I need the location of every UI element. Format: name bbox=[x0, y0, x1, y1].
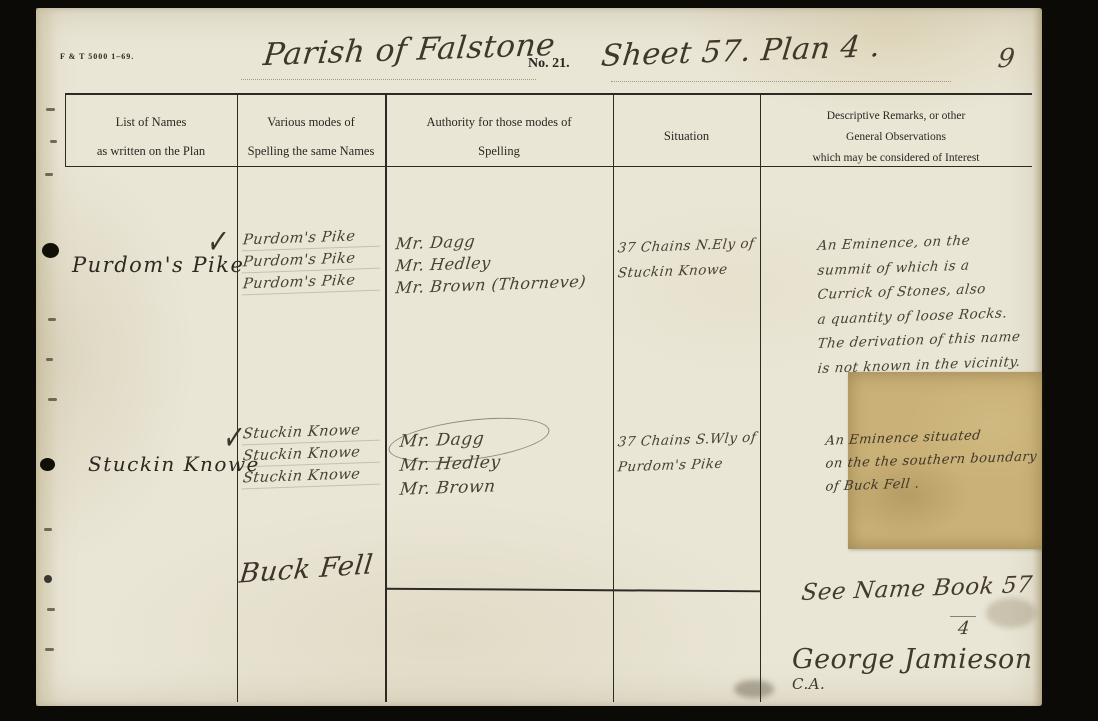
spelling-variant: Stuckin Knowe bbox=[242, 444, 383, 468]
spelling-variant: Purdom's Pike bbox=[242, 272, 383, 296]
authority-name: Mr. Hedley bbox=[399, 450, 502, 477]
name-entry: Buck Fell bbox=[238, 549, 375, 589]
header-dotted-line bbox=[241, 78, 536, 80]
edge-mark bbox=[44, 528, 52, 531]
edge-mark bbox=[45, 173, 53, 176]
edge-mark bbox=[48, 318, 56, 321]
column-header-authority: Authority for those modes of Spelling bbox=[385, 108, 613, 166]
spelling-variant: Stuckin Knowe bbox=[242, 422, 383, 446]
stain bbox=[986, 598, 1036, 628]
column-header-remarks: Descriptive Remarks, or other General Ob… bbox=[760, 106, 1032, 169]
spellings-cell: Purdom's Pike Purdom's Pike Purdom's Pik… bbox=[243, 230, 381, 296]
ink-smudge bbox=[734, 680, 774, 698]
binding-hole bbox=[40, 458, 55, 471]
scanned-name-book-page: { "header": { "form_code": "F & T 5000 1… bbox=[0, 0, 1098, 721]
column-header-line: which may be considered of Interest bbox=[760, 148, 1032, 169]
column-header-line: Authority for those modes of bbox=[385, 108, 613, 137]
remarks-cell: An Eminence, on the summit of which is a… bbox=[818, 230, 1042, 377]
situation-line: Stuckin Knowe bbox=[616, 257, 755, 287]
column-header-line: Spelling bbox=[385, 137, 613, 166]
table-top-rule bbox=[65, 93, 1032, 95]
column-divider bbox=[613, 93, 614, 702]
reference-note-sub: 4 bbox=[957, 618, 971, 639]
header-dotted-line bbox=[611, 80, 951, 82]
surveyor-signature: George Jamieson bbox=[792, 644, 1033, 675]
column-divider bbox=[760, 93, 761, 702]
document-page: F & T 5000 1–69. Parish of Falstone No. … bbox=[36, 8, 1042, 706]
situation-line: Purdom's Pike bbox=[616, 451, 757, 481]
name-entry: Stuckin Knowe bbox=[88, 452, 254, 476]
number-label: No. 21. bbox=[528, 56, 570, 72]
authorities-cell: Mr. Dagg Mr. Hedley Mr. Brown bbox=[400, 428, 500, 500]
authority-name: Mr. Dagg bbox=[399, 426, 502, 453]
column-header-line: Various modes of bbox=[237, 108, 385, 137]
signature-block: George Jamieson C.A. bbox=[792, 644, 1042, 694]
authorities-cell: Mr. Dagg Mr. Hedley Mr. Brown (Thorneve) bbox=[396, 230, 586, 296]
remarks-cell: An Eminence situated on the the southern… bbox=[826, 426, 1038, 495]
column-header-line: Spelling the same Names bbox=[237, 137, 385, 166]
spelling-variant: Stuckin Knowe bbox=[242, 466, 383, 490]
parish-title: Parish of Falstone bbox=[261, 27, 557, 73]
entry-separator-rule bbox=[385, 588, 761, 593]
column-header-line: List of Names bbox=[65, 108, 237, 137]
column-header-line: Descriptive Remarks, or other bbox=[760, 106, 1032, 127]
situation-cell: 37 Chains S.Wly of Purdom's Pike bbox=[618, 428, 756, 478]
binding-hole bbox=[44, 575, 52, 583]
sheet-plan-label: Sheet 57. Plan 4 . bbox=[600, 29, 883, 74]
column-header-line: General Observations bbox=[760, 127, 1032, 148]
edge-mark bbox=[47, 608, 55, 611]
situation-cell: 37 Chains N.Ely of Stuckin Knowe bbox=[618, 234, 754, 284]
authority-name: Mr. Brown bbox=[399, 474, 502, 501]
column-header-line: as written on the Plan bbox=[65, 137, 237, 166]
form-code: F & T 5000 1–69. bbox=[60, 52, 134, 61]
column-header-line: Situation bbox=[613, 122, 760, 151]
column-header-situation: Situation bbox=[613, 122, 760, 151]
left-paper-edge bbox=[36, 8, 58, 706]
spelling-variant: Purdom's Pike bbox=[242, 228, 383, 252]
edge-mark bbox=[46, 358, 53, 361]
signature-suffix: C.A. bbox=[792, 675, 825, 693]
column-header-names: List of Names as written on the Plan bbox=[65, 108, 237, 166]
name-entry: Purdom's Pike bbox=[72, 253, 234, 277]
column-divider bbox=[385, 93, 387, 702]
fraction-bar bbox=[950, 616, 976, 617]
edge-mark bbox=[45, 648, 54, 651]
edge-mark bbox=[48, 398, 57, 401]
column-header-spelling-modes: Various modes of Spelling the same Names bbox=[237, 108, 385, 166]
edge-mark bbox=[50, 140, 57, 143]
edge-mark bbox=[46, 108, 55, 111]
binding-hole bbox=[42, 243, 59, 258]
spelling-variant: Purdom's Pike bbox=[242, 250, 383, 274]
spellings-cell: Stuckin Knowe Stuckin Knowe Stuckin Know… bbox=[243, 424, 381, 490]
page-number: 9 bbox=[996, 44, 1016, 75]
column-divider bbox=[237, 93, 238, 702]
